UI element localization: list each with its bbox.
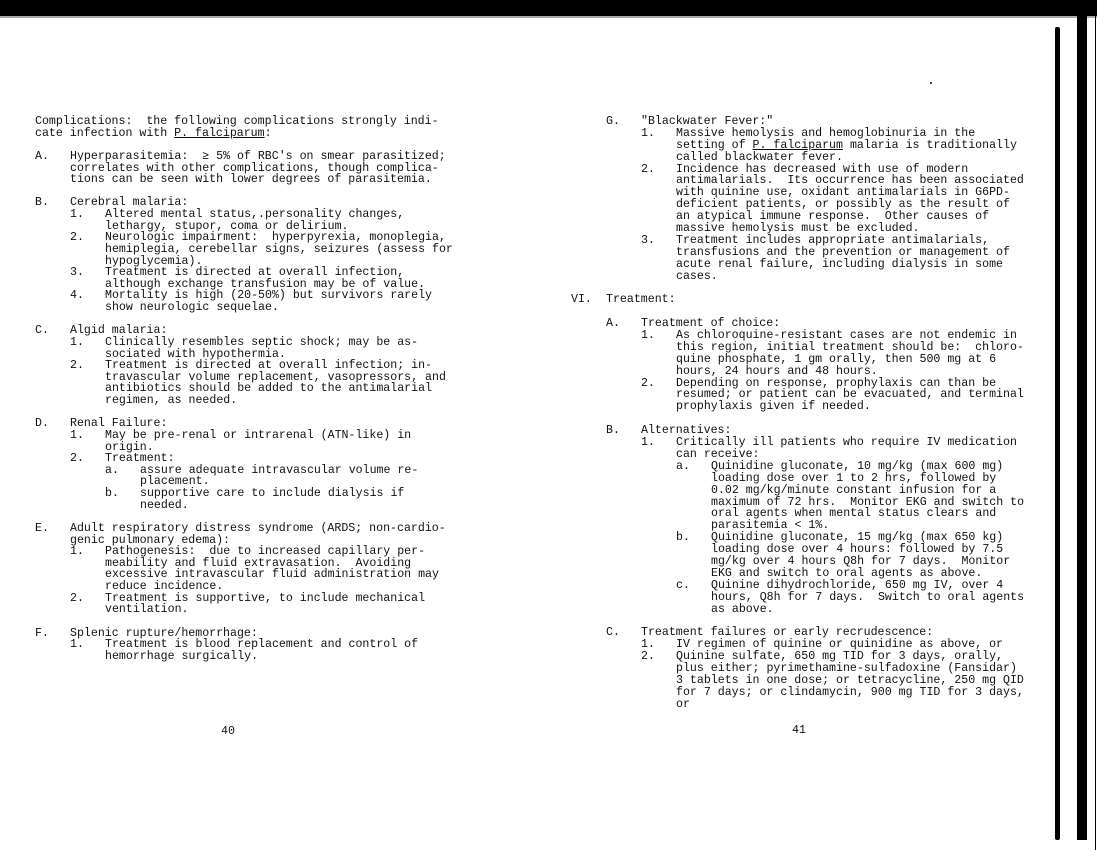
line-text-segment: as above.: [711, 603, 774, 616]
list-marker: 1.: [70, 337, 84, 349]
line-text-segment: regimen, as needed.: [105, 394, 237, 407]
line-text: tions can be seen with lower degrees of …: [70, 174, 432, 186]
list-marker: D.: [35, 418, 49, 430]
line-text-segment: acute renal failure, including dialysis …: [676, 258, 1003, 271]
list-marker: VI.: [571, 294, 592, 306]
line-text-segment: cate infection with: [35, 127, 174, 140]
list-marker: F.: [35, 628, 49, 640]
line-text-segment: Treatment:: [606, 293, 676, 306]
list-marker: 2.: [70, 453, 84, 465]
scan-right-border: [1077, 0, 1087, 840]
list-marker: 2.: [641, 164, 655, 176]
scan-top-border: [0, 0, 1097, 16]
line-text-segment: show neurologic sequelae.: [105, 301, 279, 314]
list-marker: 4.: [70, 290, 84, 302]
line-text: cate infection with P. falciparum:: [35, 128, 272, 140]
line-text: prophylaxis given if needed.: [676, 401, 871, 413]
line-text-segment: ventilation.: [105, 603, 189, 616]
list-marker: 2.: [70, 593, 84, 605]
scan-top-border-edge: [0, 16, 1097, 18]
line-text-segment: cases.: [676, 270, 718, 283]
list-marker: B.: [35, 197, 49, 209]
list-marker: a.: [676, 461, 690, 473]
line-text-segment: needed.: [140, 499, 189, 512]
line-text-segment: tions can be seen with lower degrees of …: [70, 173, 432, 186]
list-marker: b.: [676, 532, 690, 544]
list-marker: B.: [606, 425, 620, 437]
scan-binding-shadow: [1055, 27, 1060, 840]
page-number-40: 40: [221, 725, 235, 738]
list-marker: 3.: [641, 235, 655, 247]
scan-speck: [930, 82, 932, 84]
list-marker: A.: [35, 151, 49, 163]
list-marker: 1.: [641, 330, 655, 342]
scan-right-edge-line: [1095, 0, 1096, 850]
line-text: needed.: [140, 500, 189, 512]
line-text: for 7 days; or clindamycin, 900 mg TID f…: [676, 687, 1024, 699]
list-marker: 3.: [70, 267, 84, 279]
list-marker: c.: [676, 580, 690, 592]
list-marker: 2.: [641, 651, 655, 663]
list-marker: a.: [105, 465, 119, 477]
line-text: show neurologic sequelae.: [105, 302, 279, 314]
list-marker: b.: [105, 488, 119, 500]
line-text-segment: or: [676, 698, 690, 711]
list-marker: 2.: [70, 360, 84, 372]
list-marker: 1.: [641, 128, 655, 140]
list-marker: 2.: [641, 378, 655, 390]
line-text-segment: :: [265, 127, 272, 140]
line-text: acute renal failure, including dialysis …: [676, 259, 1003, 271]
line-text: or: [676, 699, 690, 711]
line-text: regimen, as needed.: [105, 395, 237, 407]
line-text: cases.: [676, 271, 718, 283]
line-text: ventilation.: [105, 604, 189, 616]
list-marker: 1.: [641, 437, 655, 449]
list-marker: E.: [35, 523, 49, 535]
list-marker: 1.: [70, 209, 84, 221]
list-marker: 1.: [70, 430, 84, 442]
list-marker: C.: [35, 325, 49, 337]
species-name-underlined: P. falciparum: [174, 127, 264, 140]
list-marker: A.: [606, 318, 620, 330]
line-text: as above.: [711, 604, 774, 616]
list-marker: G.: [606, 116, 620, 128]
list-marker: 2.: [70, 232, 84, 244]
line-text-segment: hemorrhage surgically.: [105, 650, 258, 663]
list-marker: C.: [606, 627, 620, 639]
line-text: Treatment:: [606, 294, 676, 306]
line-text-segment: prophylaxis given if needed.: [676, 400, 871, 413]
list-marker: 1.: [70, 546, 84, 558]
line-text: hemorrhage surgically.: [105, 651, 258, 663]
line-text-segment: malaria is traditionally: [843, 139, 1017, 152]
list-marker: 1.: [70, 639, 84, 651]
page-number-41: 41: [792, 724, 806, 737]
line-text-segment: for 7 days; or clindamycin, 900 mg TID f…: [676, 686, 1024, 699]
